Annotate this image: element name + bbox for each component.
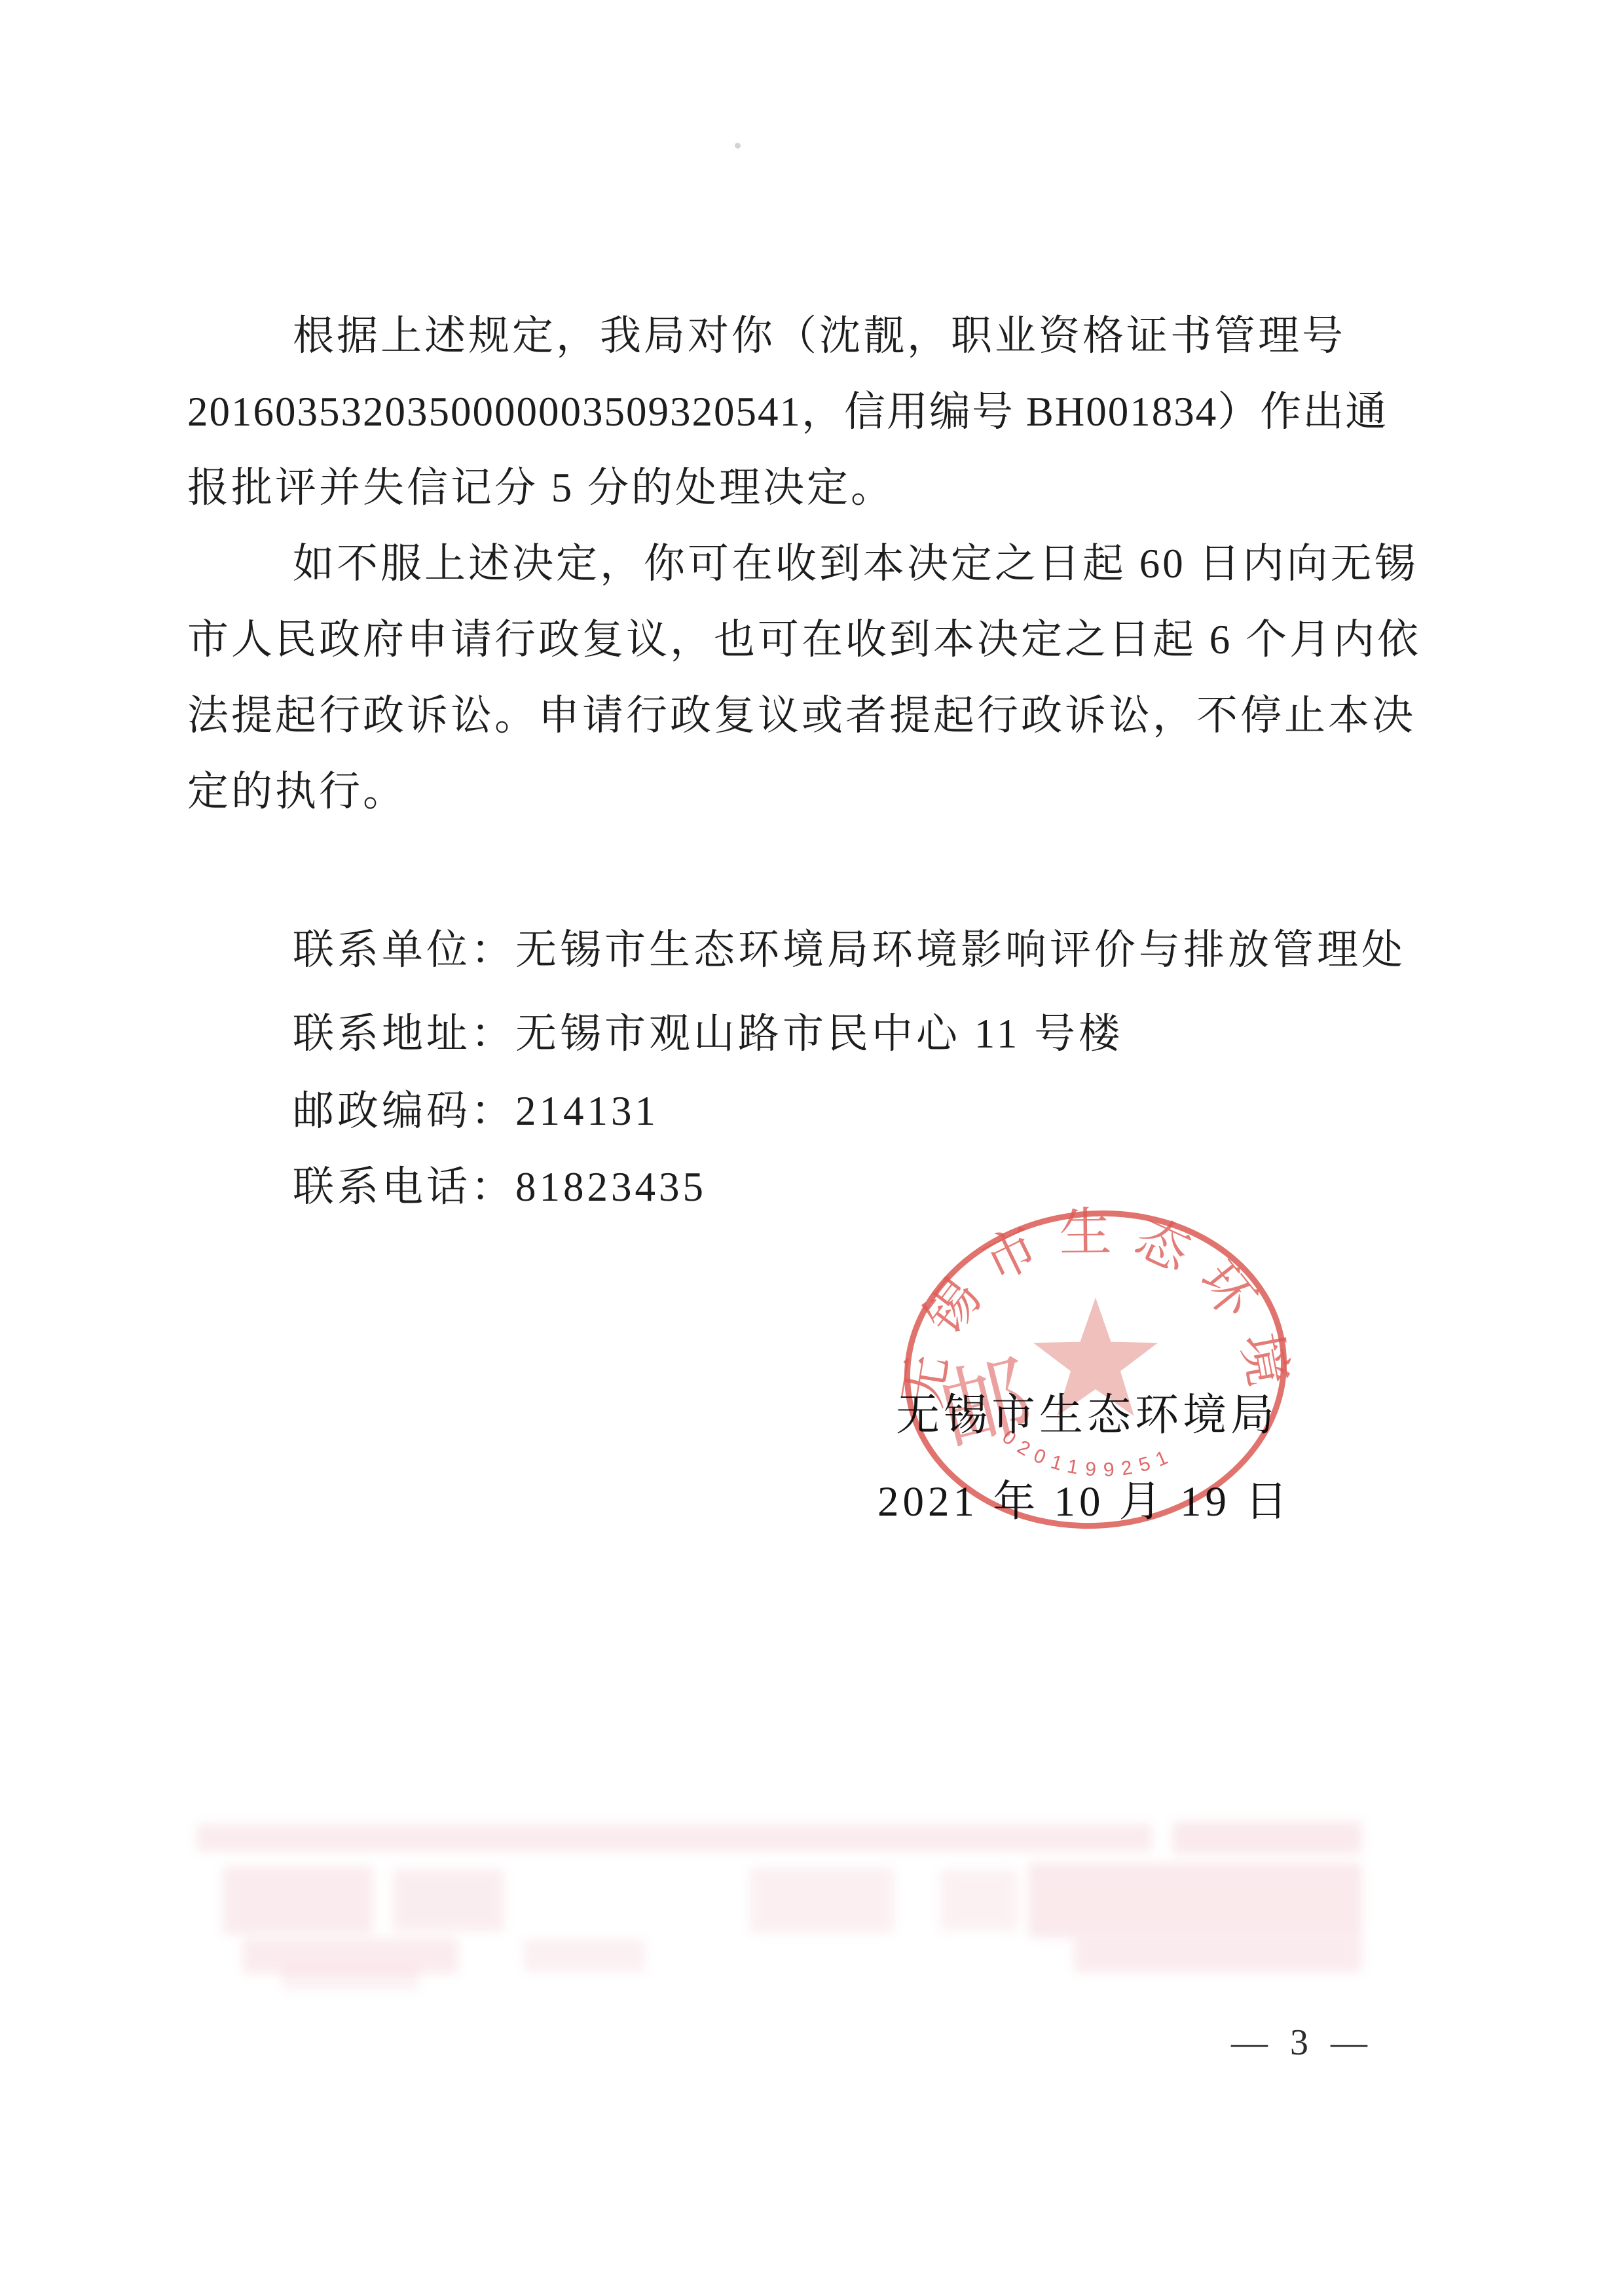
seal-star-icon bbox=[1033, 1298, 1158, 1416]
bleedthrough-block bbox=[1028, 1863, 1362, 1938]
bleedthrough-block bbox=[196, 1824, 1153, 1851]
contact-postcode-line: 邮政编码：214131 bbox=[293, 1078, 659, 1137]
bleedthrough-block bbox=[393, 1869, 504, 1931]
body-line: 如不服上述决定，你可在收到本决定之日起 60 日内向无锡 bbox=[293, 530, 1418, 590]
bleedthrough-block bbox=[1074, 1937, 1362, 1973]
bleedthrough-block bbox=[524, 1939, 645, 1972]
page-number: — 3 — bbox=[1231, 2022, 1374, 2064]
body-line: 2016035320350000003509320541，信用编号 BH0018… bbox=[187, 378, 1388, 438]
contact-unit-line: 联系单位：无锡市生态环境局环境影响评价与排放管理处 bbox=[293, 917, 1406, 976]
bleedthrough-block bbox=[750, 1867, 894, 1933]
bleedthrough-block bbox=[223, 1866, 373, 1935]
body-line: 定的执行。 bbox=[187, 758, 407, 818]
body-line: 法提起行政诉讼。申请行政复议或者提起行政诉讼，不停止本决 bbox=[187, 682, 1416, 742]
seal-overlay-glyph: 邮 bbox=[932, 1347, 1041, 1463]
bleedthrough-block bbox=[940, 1869, 1018, 1931]
contact-phone-line: 联系电话：81823435 bbox=[293, 1154, 707, 1213]
body-line: 报批评并失信记分 5 分的处理决定。 bbox=[187, 454, 895, 514]
document-page: 根据上述规定，我局对你（沈靓，职业资格证书管理号 201603532035000… bbox=[0, 0, 1624, 2296]
bleedthrough-block bbox=[282, 1964, 419, 1990]
bleedthrough-block bbox=[1172, 1821, 1362, 1854]
contact-address-line: 联系地址：无锡市观山路市民中心 11 号楼 bbox=[293, 1000, 1123, 1060]
body-line: 市人民政府申请行政复议，也可在收到本决定之日起 6 个月内依 bbox=[187, 606, 1421, 666]
official-seal-stamp: 无锡市生态环境局 0201199251 邮 bbox=[896, 1206, 1297, 1540]
scan-speck bbox=[735, 143, 741, 149]
body-line: 根据上述规定，我局对你（沈靓，职业资格证书管理号 bbox=[293, 302, 1346, 362]
